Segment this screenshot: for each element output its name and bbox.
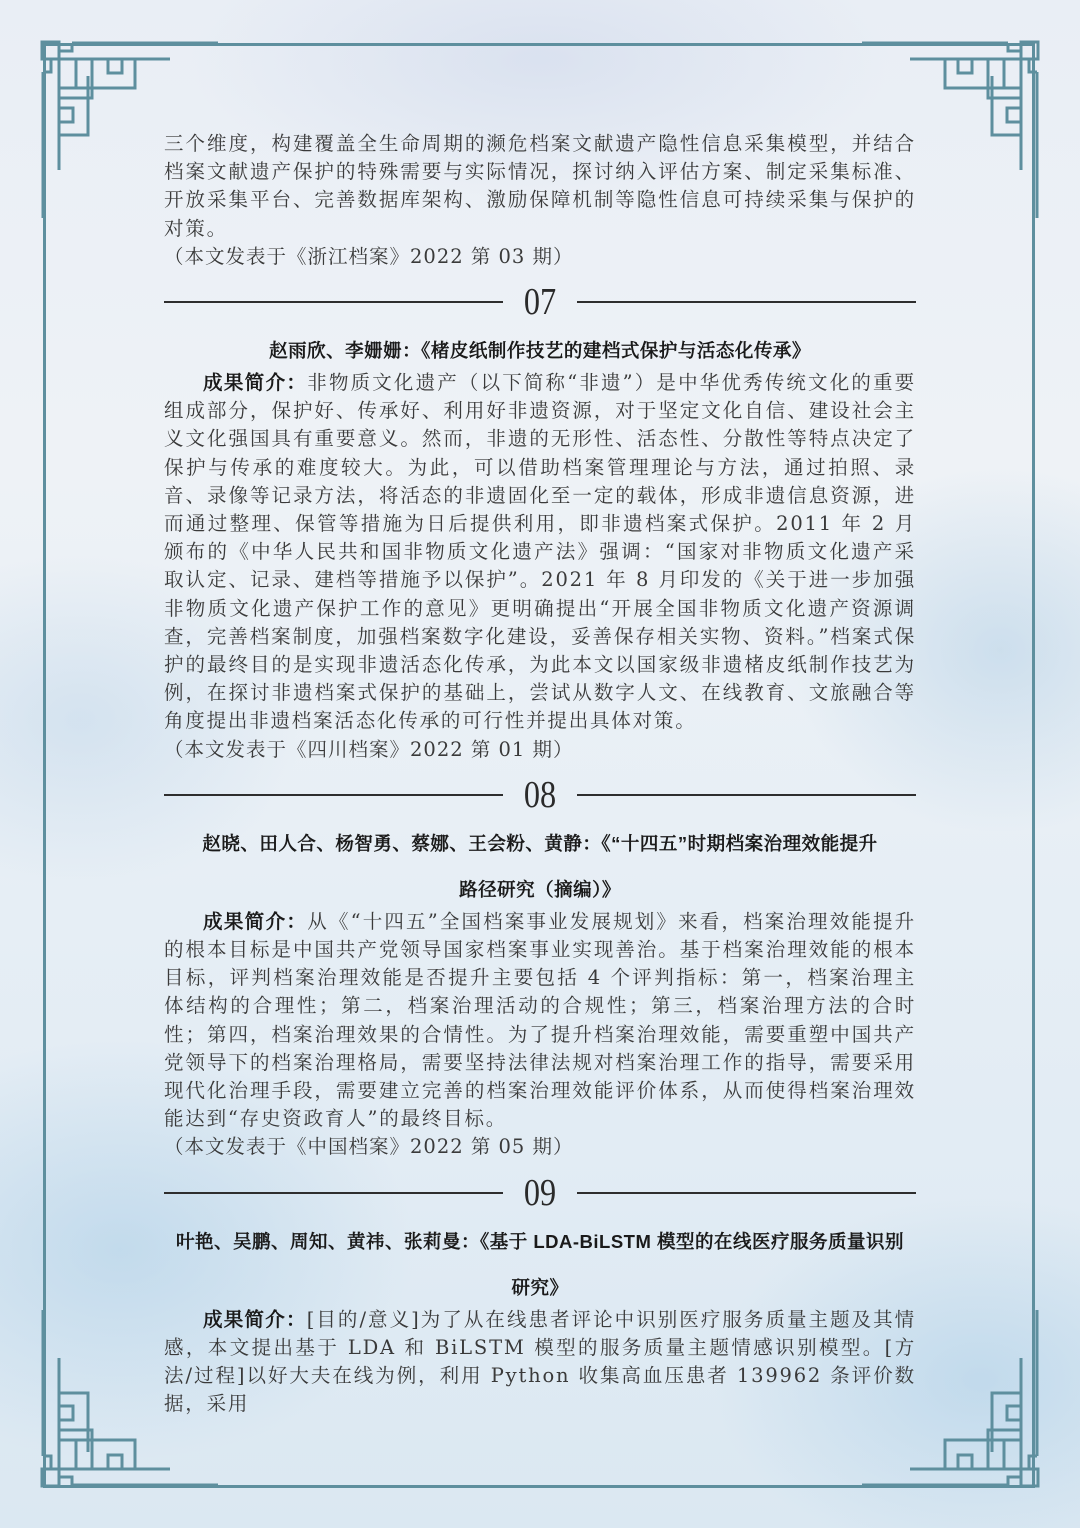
section-source: （本文发表于《中国档案》2022 第 05 期） (164, 1133, 916, 1161)
summary-text: 非物质文化遗产（以下简称“非遗”）是中华优秀传统文化的重要组成部分，保护好、传承… (164, 371, 916, 732)
divider-line-right (577, 794, 916, 796)
section-summary: 成果简介：从《“十四五”全国档案事业发展规划》来看，档案治理效能提升的根本目标是… (164, 908, 916, 1134)
divider-line-right (577, 301, 916, 303)
summary-label: 成果简介： (203, 1309, 307, 1331)
intro-tail-source: （本文发表于《浙江档案》2022 第 03 期） (164, 243, 916, 271)
divider-line-left (164, 794, 503, 796)
section-divider-08: 08 (164, 772, 916, 818)
section-summary: 成果简介：[目的/意义]为了从在线患者评论中识别医疗服务质量主题及其情感，本文提… (164, 1306, 916, 1419)
divider-line-left (164, 1192, 503, 1194)
section-divider-09: 09 (164, 1170, 916, 1216)
summary-label: 成果简介： (203, 911, 307, 933)
section-summary: 成果简介：非物质文化遗产（以下简称“非遗”）是中华优秀传统文化的重要组成部分，保… (164, 369, 916, 736)
section-divider-07: 07 (164, 279, 916, 325)
divider-line-right (577, 1192, 916, 1194)
section-number: 08 (509, 781, 572, 809)
section-number: 07 (509, 288, 572, 316)
summary-text: 从《“十四五”全国档案事业发展规划》来看，档案治理效能提升的根本目标是中国共产党… (164, 910, 916, 1130)
summary-label: 成果简介： (203, 372, 307, 394)
article-content: 三个维度，构建覆盖全生命周期的濒危档案文献遗产隐性信息采集模型，并结合档案文献遗… (164, 130, 916, 1419)
section-number: 09 (509, 1179, 572, 1207)
section-source: （本文发表于《四川档案》2022 第 01 期） (164, 736, 916, 764)
intro-tail-paragraph: 三个维度，构建覆盖全生命周期的濒危档案文献遗产隐性信息采集模型，并结合档案文献遗… (164, 130, 916, 243)
divider-line-left (164, 301, 503, 303)
